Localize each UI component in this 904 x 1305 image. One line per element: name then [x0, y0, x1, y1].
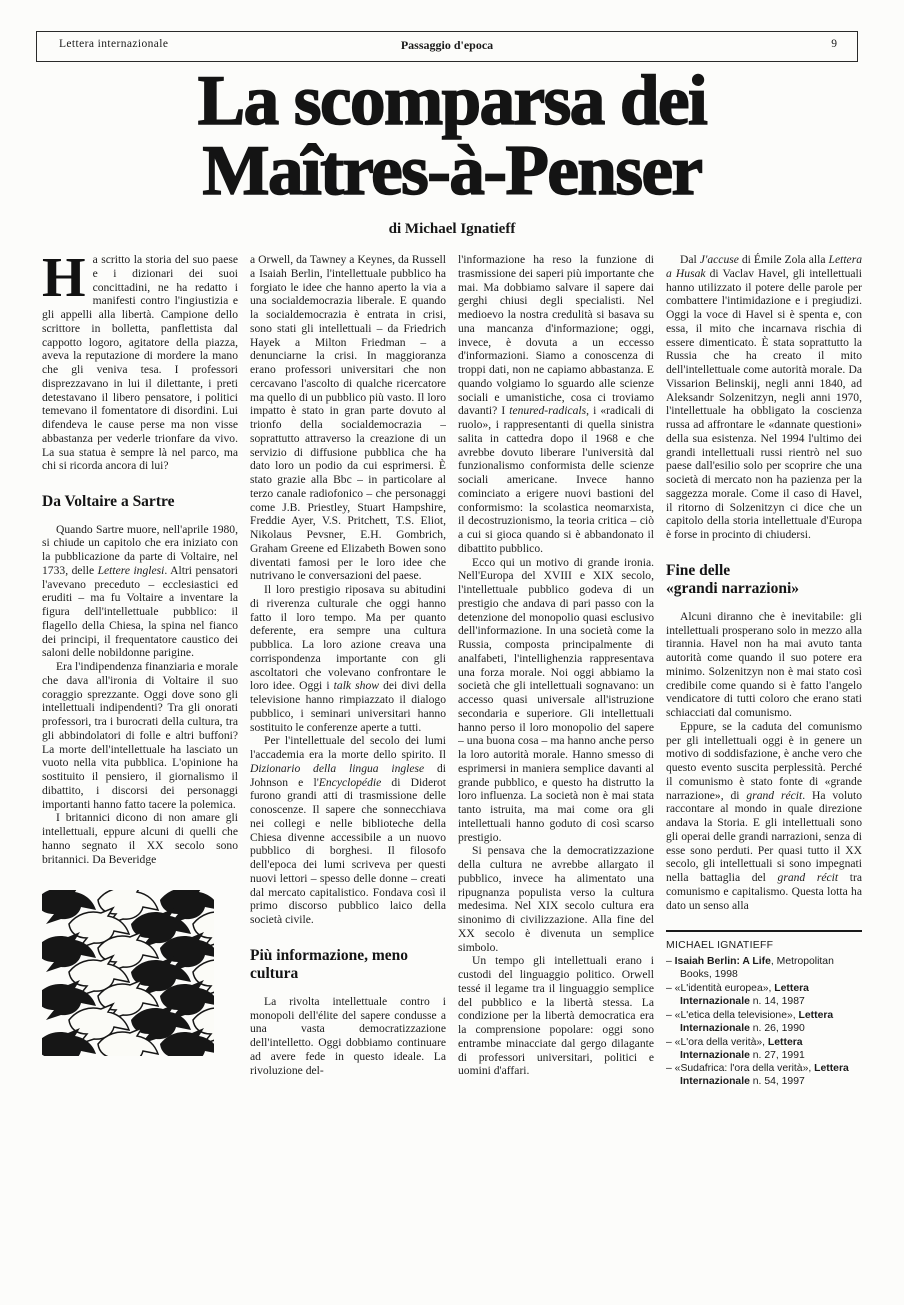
dash-marker: –: [666, 1010, 675, 1021]
section-heading: Più informazione, meno cultura: [250, 947, 446, 984]
dash-marker: –: [666, 983, 675, 994]
column-3: l'informazione ha reso la funzione di tr…: [458, 253, 654, 1299]
paragraph: Eppure, se la caduta del comunismo per g…: [666, 720, 862, 913]
bibliography-entry: – «Sudafrica: l'ora della verità», Lette…: [666, 1063, 862, 1089]
drop-cap: H: [42, 253, 93, 301]
escher-birds-illustration: [42, 890, 218, 1061]
bibliography-entry: – «L'identità europea», Lettera Internaz…: [666, 983, 862, 1009]
article-title-line1: La scomparsa dei: [0, 66, 904, 136]
bibliography-entry: – «L'ora della verità», Lettera Internaz…: [666, 1037, 862, 1063]
bibliography-author: MICHAEL IGNATIEFF: [666, 940, 862, 953]
text-segment: a Orwell, da Tawney a Keynes, da Russell…: [250, 253, 446, 582]
text-segment: tenured-radicals: [509, 404, 586, 417]
text-segment: Dizionario della lingua inglese: [250, 762, 424, 775]
text-segment: Isaiah Berlin: A Life: [675, 956, 771, 967]
dash-marker: –: [666, 1063, 675, 1074]
section-heading: Da Voltaire a Sartre: [42, 493, 238, 512]
text-segment: «Sudafrica: l'ora della verità»,: [675, 1063, 814, 1074]
text-segment: «L'ora della verità»,: [675, 1037, 768, 1048]
section-heading: Fine delle «grandi narrazioni»: [666, 562, 862, 599]
dash-marker: –: [666, 1037, 675, 1048]
paragraph: Per l'intellettuale del secolo dei lumi …: [250, 734, 446, 927]
article-title-line2: Maîtres-à-Penser: [0, 136, 904, 206]
text-segment: I britannici dicono di non amare gli int…: [42, 811, 238, 865]
column-4: Dal J'accuse di Émile Zola alla Lettera …: [666, 253, 862, 1299]
paragraph: Ecco qui un motivo di grande ironia. Nel…: [458, 556, 654, 845]
bibliography-entry: – Isaiah Berlin: A Life, Metropolitan Bo…: [666, 956, 862, 982]
paragraph: Era l'indipendenza finanziaria e morale …: [42, 660, 238, 811]
paragraph: Il loro prestigio riposava su abitudini …: [250, 583, 446, 734]
section-title: Passaggio d'epoca: [37, 38, 857, 53]
paragraph: I britannici dicono di non amare gli int…: [42, 811, 238, 866]
paragraph: Si pensava che la democratizzazione dell…: [458, 844, 654, 954]
paragraph: Dal J'accuse di Émile Zola alla Lettera …: [666, 253, 862, 542]
text-segment: Un tempo gli intellettuali erano i custo…: [458, 954, 654, 1077]
article-columns: Ha scritto la storia del suo paese e i d…: [42, 253, 862, 1299]
text-segment: Encyclopédie: [319, 776, 381, 789]
text-segment: di Diderot furono grandi atti di trasmis…: [250, 776, 446, 927]
column-2: a Orwell, da Tawney a Keynes, da Russell…: [250, 253, 446, 1299]
text-segment: Il loro prestigio riposava su abitudini …: [250, 583, 446, 692]
paragraph: Un tempo gli intellettuali erano i custo…: [458, 954, 654, 1078]
text-segment: Lettere inglesi: [98, 564, 165, 577]
column-1: Ha scritto la storia del suo paese e i d…: [42, 253, 238, 1299]
magazine-page: Lettera internazionale Passaggio d'epoca…: [0, 0, 904, 1305]
text-segment: n. 27, 1991: [750, 1050, 805, 1061]
text-segment: , i «radicali di ruolo», i rappresentant…: [458, 404, 654, 555]
text-segment: n. 54, 1997: [750, 1076, 805, 1087]
paragraph: l'informazione ha reso la funzione di tr…: [458, 253, 654, 556]
paragraph: Quando Sartre muore, nell'aprile 1980, s…: [42, 523, 238, 661]
dash-marker: –: [666, 956, 675, 967]
text-segment: Ecco qui un motivo di grande ironia. Nel…: [458, 556, 654, 844]
text-segment: grand récit: [746, 789, 802, 802]
text-segment: n. 14, 1987: [750, 996, 805, 1007]
bibliography-box: MICHAEL IGNATIEFF– Isaiah Berlin: A Life…: [666, 930, 862, 1089]
text-segment: Alcuni diranno che è inevitabile: gli in…: [666, 610, 862, 719]
text-segment: «L'identità europea»,: [675, 983, 775, 994]
article-title: La scomparsa dei Maîtres-à-Penser: [0, 66, 904, 206]
text-segment: grand récit: [778, 871, 839, 884]
text-segment: Si pensava che la democratizzazione dell…: [458, 844, 654, 953]
text-segment: n. 26, 1990: [750, 1023, 805, 1034]
paragraph: a Orwell, da Tawney a Keynes, da Russell…: [250, 253, 446, 583]
text-segment: J'accuse: [700, 253, 739, 266]
text-segment: l'informazione ha reso la funzione di tr…: [458, 253, 654, 417]
page-number: 9: [831, 38, 837, 50]
escher-birds-svg: [42, 890, 214, 1056]
lead-paragraph: Ha scritto la storia del suo paese e i d…: [42, 253, 238, 473]
text-segment: . Altri pensatori l'avevano preceduto – …: [42, 564, 238, 660]
paragraph: Alcuni diranno che è inevitabile: gli in…: [666, 610, 862, 720]
text-segment: Per l'intellettuale del secolo dei lumi …: [250, 734, 446, 761]
page-header: Lettera internazionale Passaggio d'epoca…: [36, 31, 858, 62]
text-segment: Era l'indipendenza finanziaria e morale …: [42, 660, 238, 811]
byline: di Michael Ignatieff: [0, 221, 904, 238]
text-segment: Dal: [680, 253, 700, 266]
text-segment: . Ha voluto raccontare al mondo in quale…: [666, 789, 862, 885]
text-segment: di Vaclav Havel, gli intellettuali hanno…: [666, 267, 862, 541]
bibliography-entry: – «L'etica della televisione», Lettera I…: [666, 1010, 862, 1036]
text-segment: La rivolta intellettuale contro i monopo…: [250, 995, 446, 1077]
text-segment: «L'etica della televisione»,: [675, 1010, 799, 1021]
text-segment: talk show: [334, 679, 379, 692]
paragraph: La rivolta intellettuale contro i monopo…: [250, 995, 446, 1078]
text-segment: di Émile Zola alla: [739, 253, 829, 266]
